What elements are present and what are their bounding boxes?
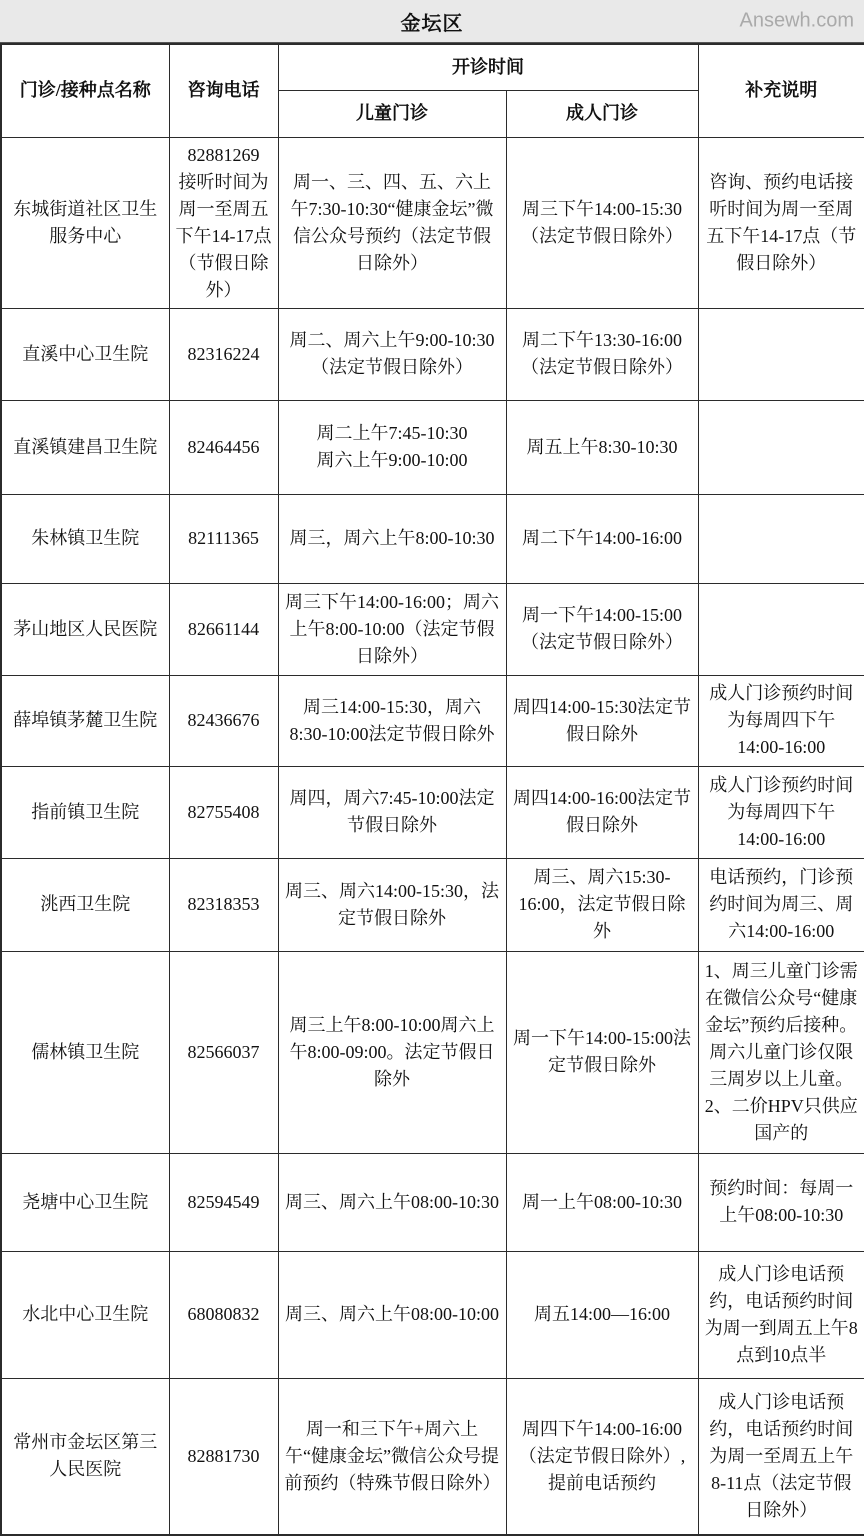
clinic-schedule-table: 门诊/接种点名称 咨询电话 开诊时间 补充说明 儿童门诊 成人门诊 东城街道社区… [0, 43, 864, 1536]
children-hours-cell: 周一、三、四、五、六上午7:30-10:30“健康金坛”微信公众号预约（法定节假… [278, 137, 506, 308]
adult-hours-cell: 周三下午14:00-15:30（法定节假日除外） [506, 137, 698, 308]
clinic-name-cell: 直溪中心卫生院 [1, 308, 169, 400]
clinic-name-cell: 东城街道社区卫生服务中心 [1, 137, 169, 308]
table-row: 东城街道社区卫生服务中心 82881269 接听时间为周一至周五下午14-17点… [1, 137, 864, 308]
col-header-hours: 开诊时间 [278, 44, 698, 90]
children-hours-cell: 周三、周六上午08:00-10:30 [278, 1153, 506, 1251]
notes-cell: 成人门诊预约时间为每周四下午14:00-16:00 [698, 675, 864, 766]
adult-hours-cell: 周二下午13:30-16:00（法定节假日除外） [506, 308, 698, 400]
adult-hours-cell: 周三、周六15:30-16:00，法定节假日除外 [506, 858, 698, 951]
col-header-notes: 补充说明 [698, 44, 864, 137]
children-hours-cell: 周三、周六上午08:00-10:00 [278, 1251, 506, 1378]
title-bar: 金坛区 Ansewh.com [0, 0, 864, 43]
notes-cell: 咨询、预约电话接听时间为周一至周五下午14-17点（节假日除外） [698, 137, 864, 308]
table-row: 薛埠镇茅麓卫生院 82436676 周三14:00-15:30，周六8:30-1… [1, 675, 864, 766]
phone-cell: 82661144 [169, 583, 278, 675]
table-row: 指前镇卫生院 82755408 周四，周六7:45-10:00法定节假日除外 周… [1, 766, 864, 858]
phone-cell: 82755408 [169, 766, 278, 858]
notes-cell [698, 400, 864, 494]
clinic-name-cell: 儒林镇卫生院 [1, 951, 169, 1153]
adult-hours-cell: 周二下午14:00-16:00 [506, 494, 698, 583]
children-hours-cell: 周三、周六14:00-15:30，法定节假日除外 [278, 858, 506, 951]
phone-cell: 68080832 [169, 1251, 278, 1378]
notes-cell [698, 494, 864, 583]
notes-cell [698, 308, 864, 400]
col-header-phone: 咨询电话 [169, 44, 278, 137]
table-row: 洮西卫生院 82318353 周三、周六14:00-15:30，法定节假日除外 … [1, 858, 864, 951]
clinic-name-cell: 洮西卫生院 [1, 858, 169, 951]
notes-cell: 电话预约，门诊预约时间为周三、周六14:00-16:00 [698, 858, 864, 951]
adult-hours-cell: 周一上午08:00-10:30 [506, 1153, 698, 1251]
clinic-name-cell: 指前镇卫生院 [1, 766, 169, 858]
adult-hours-cell: 周四14:00-16:00法定节假日除外 [506, 766, 698, 858]
clinic-name-cell: 茅山地区人民医院 [1, 583, 169, 675]
notes-cell [698, 583, 864, 675]
adult-hours-cell: 周四下午14:00-16:00（法定节假日除外）,提前电话预约 [506, 1378, 698, 1535]
watermark: Ansewh.com [740, 10, 855, 33]
table-row: 尧塘中心卫生院 82594549 周三、周六上午08:00-10:30 周一上午… [1, 1153, 864, 1251]
col-header-adult-clinic: 成人门诊 [506, 90, 698, 137]
clinic-name-cell: 朱林镇卫生院 [1, 494, 169, 583]
adult-hours-cell: 周一下午14:00-15:00法定节假日除外 [506, 951, 698, 1153]
phone-cell: 82111365 [169, 494, 278, 583]
notes-cell: 成人门诊电话预约，电话预约时间为周一至周五上午8-11点（法定节假日除外） [698, 1378, 864, 1535]
children-hours-cell: 周三14:00-15:30，周六8:30-10:00法定节假日除外 [278, 675, 506, 766]
children-hours-cell: 周三上午8:00-10:00周六上午8:00-09:00。法定节假日除外 [278, 951, 506, 1153]
children-hours-cell: 周二、周六上午9:00-10:30（法定节假日除外） [278, 308, 506, 400]
clinic-name-cell: 薛埠镇茅麓卫生院 [1, 675, 169, 766]
notes-cell: 预约时间：每周一上午08:00-10:30 [698, 1153, 864, 1251]
children-hours-cell: 周二上午7:45-10:30 周六上午9:00-10:00 [278, 400, 506, 494]
clinic-name-cell: 尧塘中心卫生院 [1, 1153, 169, 1251]
children-hours-cell: 周三，周六上午8:00-10:30 [278, 494, 506, 583]
adult-hours-cell: 周五上午8:30-10:30 [506, 400, 698, 494]
table-row: 儒林镇卫生院 82566037 周三上午8:00-10:00周六上午8:00-0… [1, 951, 864, 1153]
phone-cell: 82436676 [169, 675, 278, 766]
table-row: 直溪中心卫生院 82316224 周二、周六上午9:00-10:30（法定节假日… [1, 308, 864, 400]
page: 金坛区 Ansewh.com 门诊/接种点名称 咨询电话 开诊时间 补充说明 儿… [0, 0, 864, 1536]
adult-hours-cell: 周四14:00-15:30法定节假日除外 [506, 675, 698, 766]
adult-hours-cell: 周一下午14:00-15:00（法定节假日除外） [506, 583, 698, 675]
table-row: 朱林镇卫生院 82111365 周三，周六上午8:00-10:30 周二下午14… [1, 494, 864, 583]
phone-cell: 82566037 [169, 951, 278, 1153]
header-row-top: 门诊/接种点名称 咨询电话 开诊时间 补充说明 [1, 44, 864, 90]
clinic-name-cell: 常州市金坛区第三人民医院 [1, 1378, 169, 1535]
children-hours-cell: 周一和三下午+周六上午“健康金坛”微信公众号提前预约（特殊节假日除外） [278, 1378, 506, 1535]
district-title: 金坛区 [401, 7, 464, 36]
clinic-name-cell: 水北中心卫生院 [1, 1251, 169, 1378]
phone-note: 接听时间为周一至周五下午14-17点（节假日除外） [176, 169, 272, 304]
children-hours-cell: 周四，周六7:45-10:00法定节假日除外 [278, 766, 506, 858]
table-row: 茅山地区人民医院 82661144 周三下午14:00-16:00；周六上午8:… [1, 583, 864, 675]
col-header-children-clinic: 儿童门诊 [278, 90, 506, 137]
children-hours-cell: 周三下午14:00-16:00；周六上午8:00-10:00（法定节假日除外） [278, 583, 506, 675]
phone-number: 82881269 [176, 142, 272, 169]
table-row: 水北中心卫生院 68080832 周三、周六上午08:00-10:00 周五14… [1, 1251, 864, 1378]
phone-cell: 82881269 接听时间为周一至周五下午14-17点（节假日除外） [169, 137, 278, 308]
phone-cell: 82594549 [169, 1153, 278, 1251]
clinic-name-cell: 直溪镇建昌卫生院 [1, 400, 169, 494]
phone-cell: 82881730 [169, 1378, 278, 1535]
notes-cell: 成人门诊预约时间为每周四下午14:00-16:00 [698, 766, 864, 858]
col-header-clinic-name: 门诊/接种点名称 [1, 44, 169, 137]
table-row: 直溪镇建昌卫生院 82464456 周二上午7:45-10:30 周六上午9:0… [1, 400, 864, 494]
notes-cell: 成人门诊电话预约，电话预约时间为周一到周五上午8点到10点半 [698, 1251, 864, 1378]
adult-hours-cell: 周五14:00—16:00 [506, 1251, 698, 1378]
phone-cell: 82316224 [169, 308, 278, 400]
phone-cell: 82464456 [169, 400, 278, 494]
phone-cell: 82318353 [169, 858, 278, 951]
notes-cell: 1、周三儿童门诊需在微信公众号“健康金坛”预约后接种。周六儿童门诊仅限三周岁以上… [698, 951, 864, 1153]
table-row: 常州市金坛区第三人民医院 82881730 周一和三下午+周六上午“健康金坛”微… [1, 1378, 864, 1535]
